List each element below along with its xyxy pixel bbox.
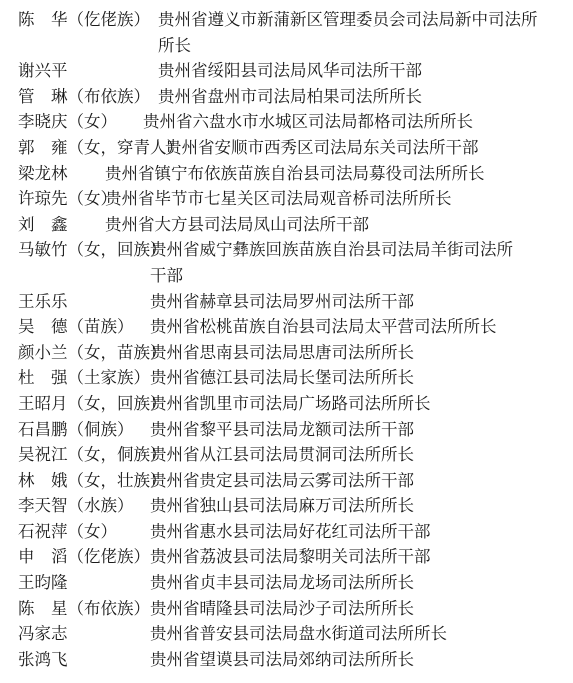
personnel-list: 陈 华（仡佬族）贵州省遵义市新蒲新区管理委员会司法局新中司法所所长谢兴平贵州省绥…: [0, 0, 573, 672]
position-description: 贵州省松桃苗族自治县司法局太平营司法所所长: [150, 314, 497, 340]
list-item: 郭 雍（女，穿青人）贵州省安顺市西秀区司法局东关司法所干部: [0, 135, 573, 161]
list-item: 梁龙林贵州省镇宁布依族苗族自治县司法局募役司法所所长: [0, 161, 573, 187]
list-item: 吴 德（苗族）贵州省松桃苗族自治县司法局太平营司法所所长: [0, 314, 573, 340]
person-name: 王昭月（女，回族）: [18, 391, 167, 417]
person-name: 王乐乐: [18, 289, 68, 315]
person-name: 李晓庆（女）: [18, 109, 117, 135]
person-name: 张鸿飞: [18, 647, 68, 673]
person-name: 王昀隆: [18, 570, 68, 596]
position-description: 贵州省绥阳县司法局风华司法所干部: [158, 58, 422, 84]
position-description: 贵州省从江县司法局贯洞司法所所长: [150, 442, 414, 468]
list-item: 冯家志贵州省普安县司法局盘水街道司法所所长: [0, 621, 573, 647]
person-name: 冯家志: [18, 621, 68, 647]
position-description: 贵州省安顺市西秀区司法局东关司法所干部: [165, 135, 479, 161]
position-description: 贵州省毕节市七星关区司法局观音桥司法所所长: [105, 186, 452, 212]
person-name: 吴祝江（女，侗族）: [18, 442, 167, 468]
position-description: 贵州省赫章县司法局罗州司法所干部: [150, 289, 414, 315]
list-item: 管 琳（布依族）贵州省盘州市司法局柏果司法所所长: [0, 84, 573, 110]
position-description: 贵州省德江县司法局长堡司法所所长: [150, 365, 414, 391]
position-description-continued: 所长: [158, 33, 191, 59]
list-item: 石昌鹏（侗族）贵州省黎平县司法局龙额司法所干部: [0, 417, 573, 443]
person-name: 梁龙林: [18, 161, 68, 187]
list-item: 申 滔（仡佬族）贵州省荔波县司法局黎明关司法所干部: [0, 544, 573, 570]
position-description: 贵州省普安县司法局盘水街道司法所所长: [150, 621, 447, 647]
person-name: 郭 雍（女，穿青人）: [18, 135, 183, 161]
list-item: 李天智（水族）贵州省独山县司法局麻万司法所所长: [0, 493, 573, 519]
person-name: 杜 强（土家族）: [18, 365, 150, 391]
position-description: 贵州省黎平县司法局龙额司法所干部: [150, 417, 414, 443]
list-item: 李晓庆（女）贵州省六盘水市水城区司法局都格司法所所长: [0, 109, 573, 135]
list-item: 陈 华（仡佬族）贵州省遵义市新蒲新区管理委员会司法局新中司法所: [0, 7, 573, 33]
list-item: 刘 鑫贵州省大方县司法局凤山司法所干部: [0, 212, 573, 238]
position-description: 贵州省盘州市司法局柏果司法所所长: [158, 84, 422, 110]
position-description: 贵州省贵定县司法局云雾司法所干部: [150, 468, 414, 494]
person-name: 李天智（水族）: [18, 493, 134, 519]
position-description: 贵州省凯里市司法局广场路司法所所长: [150, 391, 431, 417]
list-item-continuation: 所长: [0, 33, 573, 59]
list-item: 谢兴平贵州省绥阳县司法局风华司法所干部: [0, 58, 573, 84]
list-item: 王乐乐贵州省赫章县司法局罗州司法所干部: [0, 289, 573, 315]
position-description: 贵州省遵义市新蒲新区管理委员会司法局新中司法所: [158, 7, 538, 33]
person-name: 石昌鹏（侗族）: [18, 417, 134, 443]
position-description: 贵州省思南县司法局思唐司法所所长: [150, 340, 414, 366]
person-name: 许琼先（女）: [18, 186, 117, 212]
list-item: 杜 强（土家族）贵州省德江县司法局长堡司法所所长: [0, 365, 573, 391]
position-description: 贵州省六盘水市水城区司法局都格司法所所长: [143, 109, 473, 135]
list-item: 王昭月（女，回族）贵州省凯里市司法局广场路司法所所长: [0, 391, 573, 417]
person-name: 陈 华（仡佬族）: [18, 7, 150, 33]
position-description: 贵州省大方县司法局凤山司法所干部: [105, 212, 369, 238]
list-item: 颜小兰（女，苗族）贵州省思南县司法局思唐司法所所长: [0, 340, 573, 366]
list-item: 陈 星（布依族）贵州省晴隆县司法局沙子司法所所长: [0, 596, 573, 622]
person-name: 马敏竹（女，回族）: [18, 237, 167, 263]
person-name: 石祝萍（女）: [18, 519, 117, 545]
person-name: 刘 鑫: [18, 212, 68, 238]
position-description: 贵州省晴隆县司法局沙子司法所所长: [150, 596, 414, 622]
position-description: 贵州省惠水县司法局好花红司法所干部: [150, 519, 431, 545]
position-description: 贵州省荔波县司法局黎明关司法所干部: [150, 544, 431, 570]
position-description: 贵州省威宁彝族回族苗族自治县司法局羊街司法所: [150, 237, 513, 263]
person-name: 陈 星（布依族）: [18, 596, 150, 622]
list-item: 王昀隆贵州省贞丰县司法局龙场司法所所长: [0, 570, 573, 596]
list-item: 吴祝江（女，侗族）贵州省从江县司法局贯洞司法所所长: [0, 442, 573, 468]
position-description: 贵州省望谟县司法局郊纳司法所所长: [150, 647, 414, 673]
list-item: 张鸿飞贵州省望谟县司法局郊纳司法所所长: [0, 647, 573, 673]
position-description: 贵州省贞丰县司法局龙场司法所所长: [150, 570, 414, 596]
list-item: 石祝萍（女）贵州省惠水县司法局好花红司法所干部: [0, 519, 573, 545]
person-name: 申 滔（仡佬族）: [18, 544, 150, 570]
position-description: 贵州省镇宁布依族苗族自治县司法局募役司法所所长: [105, 161, 485, 187]
list-item: 马敏竹（女，回族）贵州省威宁彝族回族苗族自治县司法局羊街司法所: [0, 237, 573, 263]
position-description-continued: 干部: [150, 263, 183, 289]
list-item-continuation: 干部: [0, 263, 573, 289]
person-name: 谢兴平: [18, 58, 68, 84]
list-item: 林 娥（女，壮族）贵州省贵定县司法局云雾司法所干部: [0, 468, 573, 494]
position-description: 贵州省独山县司法局麻万司法所所长: [150, 493, 414, 519]
person-name: 颜小兰（女，苗族）: [18, 340, 167, 366]
person-name: 林 娥（女，壮族）: [18, 468, 167, 494]
person-name: 吴 德（苗族）: [18, 314, 134, 340]
list-item: 许琼先（女）贵州省毕节市七星关区司法局观音桥司法所所长: [0, 186, 573, 212]
person-name: 管 琳（布依族）: [18, 84, 150, 110]
